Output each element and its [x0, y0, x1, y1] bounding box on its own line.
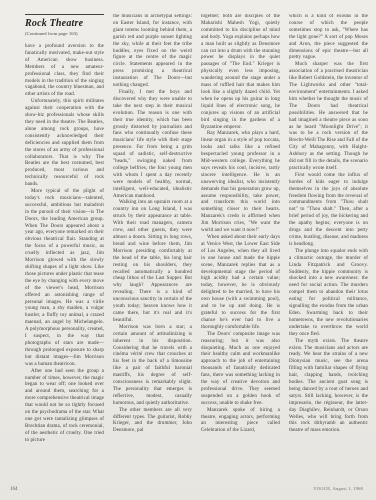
- paragraph: First would come the influx of hordes of…: [289, 173, 368, 249]
- paragraph: which is a kind of exodus in the course …: [289, 14, 368, 62]
- column-text: have a profound aversion to the fanatica…: [25, 44, 104, 445]
- column-text: which is a kind of exodus in the course …: [289, 14, 368, 435]
- paragraph: More typical of the plight of today's ro…: [25, 189, 104, 369]
- magazine-credit: VOGUE, August 1, 1968: [313, 486, 363, 491]
- paragraph: Walking into an upstairs room at a count…: [113, 200, 192, 324]
- paragraph: The other members are all very different…: [113, 408, 192, 436]
- paragraph: the musicians in archetypal settings: on…: [113, 14, 192, 90]
- text-column-4: which is a kind of exodus in the course …: [289, 14, 368, 486]
- column-text: together; both are disciples of the Maha…: [201, 14, 280, 435]
- column-text: the musicians in archetypal settings: on…: [113, 14, 192, 435]
- text-column-1: Rock Theatre (Continued from page 163) h…: [25, 14, 104, 486]
- continuation-note: (Continued from page 163): [25, 31, 104, 37]
- article-header: Rock Theatre (Continued from page 163): [25, 14, 104, 37]
- paragraph: together; both are disciples of the Maha…: [201, 14, 280, 131]
- paragraph: Ray Manzarek, who plays a hard, linear o…: [201, 131, 280, 235]
- text-column-2: the musicians in archetypal settings: on…: [113, 14, 192, 486]
- paragraph: The Doors' composite image was reassurin…: [201, 332, 280, 408]
- paragraph: The myth exists. The theatre exists. The…: [289, 339, 368, 436]
- paragraph: Morrison was born a star; a certain amou…: [113, 325, 192, 408]
- magazine-page: Rock Theatre (Continued from page 163) h…: [0, 0, 376, 500]
- page-number: 164: [10, 487, 18, 492]
- column-layout: Rock Theatre (Continued from page 163) h…: [25, 14, 368, 486]
- paragraph: The plunge into squalor ends with a clim…: [289, 249, 368, 339]
- paragraph: Manzarek spoke of hiring a theatre, enga…: [201, 408, 280, 436]
- paragraph: When asked about their early days at Ven…: [201, 235, 280, 332]
- text-column-3: together; both are disciples of the Maha…: [201, 14, 280, 486]
- paragraph: Unfortunately, this spirit militates aga…: [25, 99, 104, 189]
- paragraph: Finally, I met the boys and discovered w…: [113, 90, 192, 201]
- paragraph: After one had seen the group a number of…: [25, 369, 104, 445]
- paragraph: have a profound aversion to the fanatica…: [25, 44, 104, 99]
- paragraph: Much sharper was the first association o…: [289, 62, 368, 173]
- article-title: Rock Theatre: [25, 18, 104, 29]
